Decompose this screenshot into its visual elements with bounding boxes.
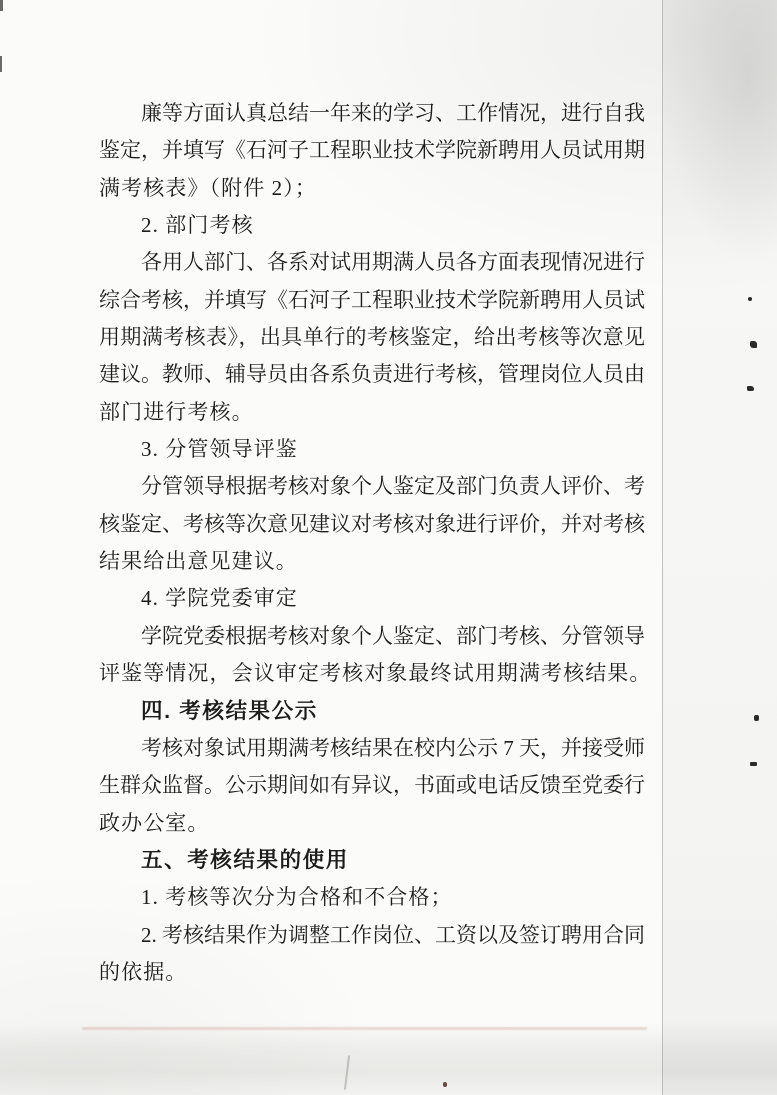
scanned-document-page: 廉等方面认真总结一年来的学习、工作情况，进行自我 鉴定，并填写《石河子工程职业技… [0,0,777,1095]
body-line: 综合考核，并填写《石河子工程职业技术学院新聘用人员试 [99,282,645,319]
step-4-heading: 4. 学院党委审定 [99,580,645,617]
body-line: 政办公室。 [99,805,645,842]
body-line: 鉴定，并填写《石河子工程职业技术学院新聘用人员试用期 [99,132,645,169]
step-3-heading: 3. 分管领导评鉴 [99,431,645,468]
scan-edge-mark [0,0,3,11]
body-line: 生群众监督。公示期间如有异议，书面或电话反馈至党委行 [99,767,645,804]
body-line: 建议。教师、辅导员由各系负责进行考核，管理岗位人员由 [99,356,645,393]
body-line: 评鉴等情况，会议审定考核对象最终试用期满考核结果。 [99,655,645,692]
section-4-heading: 四. 考核结果公示 [99,693,645,730]
body-line: 结果给出意见建议。 [99,543,645,580]
body-line: 廉等方面认真总结一年来的学习、工作情况，进行自我 [99,95,645,132]
scan-shadow [663,0,777,260]
ink-speck [750,762,757,766]
scan-pink-streak [82,1027,647,1030]
section-5-heading: 五、考核结果的使用 [99,842,645,879]
body-line: 学院党委根据考核对象个人鉴定、部门考核、分管领导 [99,618,645,655]
ink-speck [750,341,757,348]
ink-speck [747,386,754,391]
ink-speck [443,1082,447,1087]
body-line: 各用人部门、各系对试用期满人员各方面表现情况进行 [99,244,645,281]
body-line: 用期满考核表》，出具单行的考核鉴定，给出考核等次意见 [99,319,645,356]
body-line: 分管领导根据考核对象个人鉴定及部门负责人评价、考 [99,468,645,505]
body-line: 核鉴定、考核等次意见建议对考核对象进行评价，并对考核 [99,506,645,543]
document-body: 廉等方面认真总结一年来的学习、工作情况，进行自我 鉴定，并填写《石河子工程职业技… [99,95,645,991]
body-line: 考核对象试用期满考核结果在校内公示 7 天，并接受师 [99,730,645,767]
ink-speck [748,297,752,301]
body-line: 满考核表》（附件 2）； [99,170,645,207]
body-line: 部门进行考核。 [99,394,645,431]
scan-edge-mark [0,56,2,72]
item-2-continuation: 的依据。 [99,954,645,991]
scan-bottom-shadow-band [0,1022,777,1095]
ink-speck [754,715,759,721]
item-2-line: 2. 考核结果作为调整工作岗位、工资以及签订聘用合同 [99,917,645,954]
step-2-heading: 2. 部门考核 [99,207,645,244]
item-1-line: 1. 考核等次分为合格和不合格； [99,879,645,916]
